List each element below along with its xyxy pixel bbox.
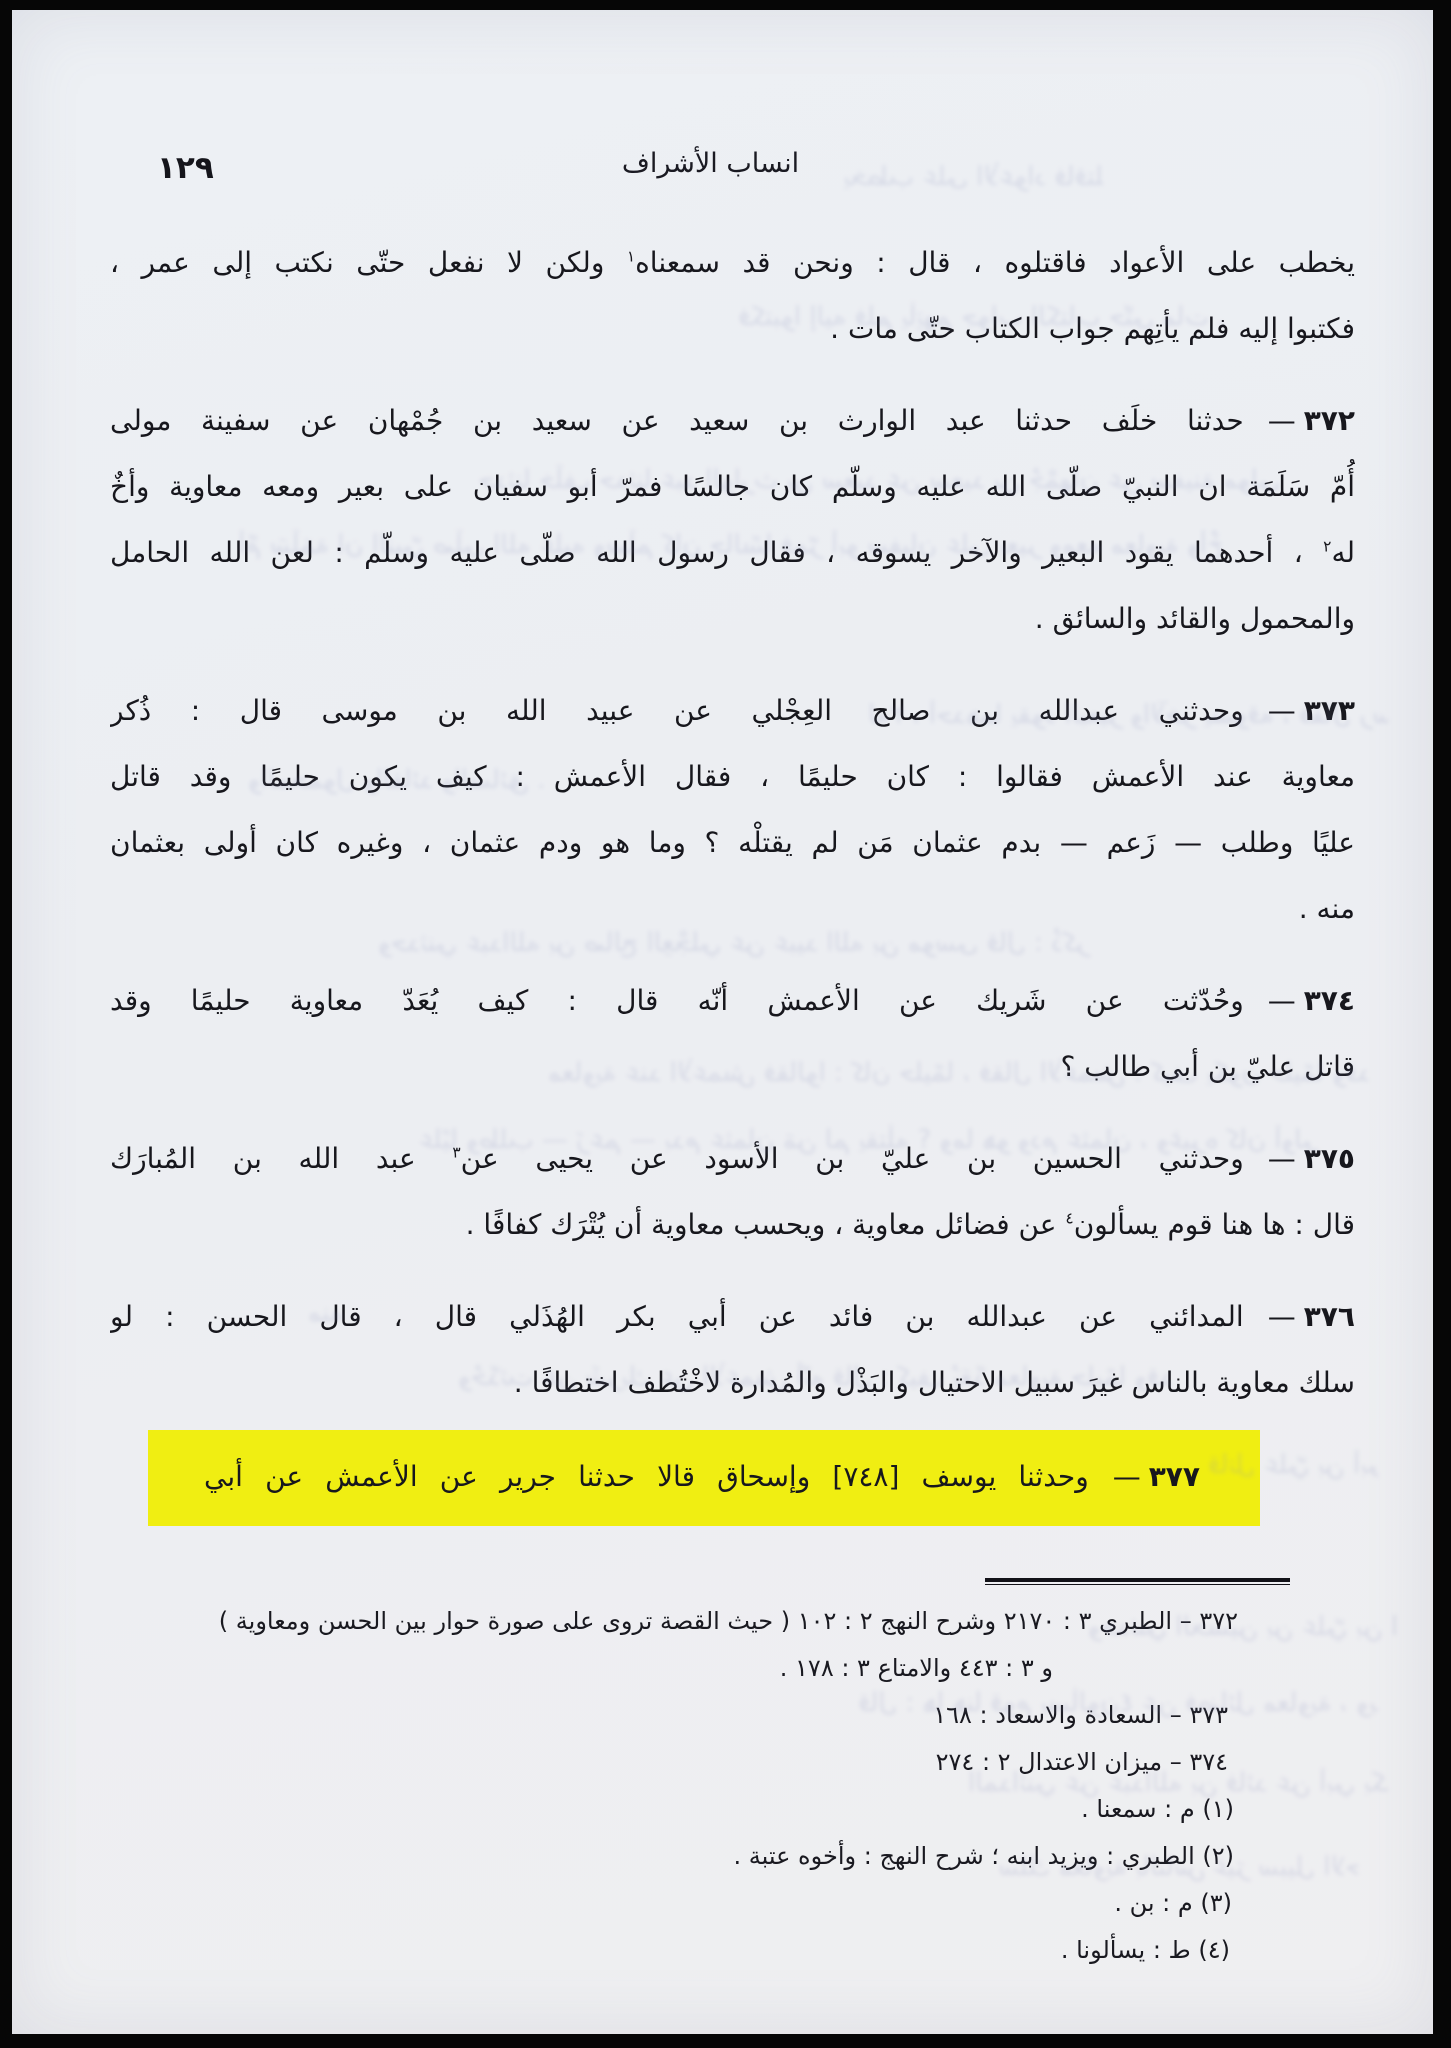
paragraph-٣٧٣: ٣٧٣—وحدثني عبدالله بن صالح العِجْلي عن ع… (110, 678, 1355, 942)
running-header: ١٢٩ انساب الأشراف (12, 148, 1433, 194)
body-text-segment: قال : ها هنا قوم يسألون (1074, 1208, 1355, 1241)
body-line: ٣٧٥—وحدثني الحسين بن عليّ بن الأسود عن ي… (110, 1126, 1355, 1192)
footnote-line: و ٣ : ٤٤٣ والامتاع ٣ : ١٧٨ . (132, 1645, 1053, 1692)
body-line: قاتل عليّ بن أبي طالب ؟ (110, 1034, 1355, 1100)
running-header-title: انساب الأشراف (622, 148, 799, 179)
body-text-segment: وحدثنا يوسف [٧٤٨] وإسحاق قالا حدثنا جرير… (204, 1460, 1089, 1493)
paragraph-٣٧٥: ٣٧٥—وحدثني الحسين بن عليّ بن الأسود عن ي… (110, 1126, 1355, 1258)
footnote-marker: ٣ (452, 1144, 460, 1162)
paragraph-continuation: يخطب على الأعواد فاقتلوه ، قال : ونحن قد… (110, 230, 1355, 362)
paragraph-dash: — (1268, 984, 1296, 1017)
paragraph-dash: — (1268, 694, 1296, 727)
body-text-segment: وحدثني الحسين بن عليّ بن الأسود عن يحيى … (461, 1142, 1244, 1175)
body-text-segment: منه . (1299, 892, 1355, 925)
body-text-segment: والمحمول والقائد والسائق . (1035, 602, 1355, 635)
paragraph-dash: — (1268, 1300, 1296, 1333)
body-text-segment: عن فضائل معاوية ، ويحسب معاوية أن يُتْرَ… (466, 1208, 1066, 1241)
scanned-book-page: { "page": { "number": "١٢٩", "running_ti… (0, 0, 1451, 2048)
body-line: ٣٧٢—حدثنا خلَف حدثنا عبد الوارث بن سعيد … (110, 388, 1355, 454)
body-text-segment: ولكن لا نفعل حتّى نكتب إلى عمر ، (110, 246, 627, 279)
footnote-marker: ١ (627, 248, 635, 266)
footnote-line: (٣) م : بن . (132, 1880, 1232, 1927)
body-line: ٣٧٣—وحدثني عبدالله بن صالح العِجْلي عن ع… (110, 678, 1355, 744)
body-line: أُمّ سَلَمَة ان النبيّ صلّى الله عليه وس… (110, 454, 1355, 520)
body-text-segment: يخطب على الأعواد فاقتلوه ، قال : ونحن قد… (635, 246, 1355, 279)
body-line: ٣٧٦—المدائني عن عبدالله بن فائد عن أبي ب… (110, 1284, 1355, 1350)
paragraph-dash: — (1268, 1142, 1296, 1175)
footnotes: ٣٧٢ – الطبري ٣ : ٢١٧٠ وشرح النهج ٢ : ١٠٢… (132, 1598, 1238, 1974)
body-line: قال : ها هنا قوم يسألون٤ عن فضائل معاوية… (110, 1192, 1355, 1258)
footnote-line: ٣٧٣ – السعادة والاسعاد : ١٦٨ (132, 1692, 1228, 1739)
body-line: ٣٧٤—وحُدّثت عن شَريك عن الأعمش أنّه قال … (110, 968, 1355, 1034)
paragraph-number: ٣٧٥ (1304, 1142, 1355, 1175)
footnote-line: (٤) ط : يسألونا . (132, 1927, 1230, 1974)
body-text-segment: له (1331, 536, 1355, 569)
footnote-separator (985, 1578, 1290, 1585)
paragraph-dash: — (1268, 404, 1296, 437)
body-text-segment: وحُدّثت عن شَريك عن الأعمش أنّه قال : كي… (110, 984, 1244, 1017)
paragraph-dash: — (1113, 1460, 1141, 1493)
paragraph-٣٧٢: ٣٧٢—حدثنا خلَف حدثنا عبد الوارث بن سعيد … (110, 388, 1355, 652)
paragraph-number: ٣٧٧ (1149, 1460, 1200, 1493)
body-text-segment: أُمّ سَلَمَة ان النبيّ صلّى الله عليه وس… (110, 470, 1355, 503)
body-line: ٣٧٧—وحدثنا يوسف [٧٤٨] وإسحاق قالا حدثنا … (204, 1444, 1200, 1510)
body-line: سلك معاوية بالناس غيرَ سبيل الاحتيال وال… (110, 1350, 1355, 1416)
paragraph-٣٧٧: ٣٧٧—وحدثنا يوسف [٧٤٨] وإسحاق قالا حدثنا … (148, 1430, 1260, 1526)
footnote-marker: ٤ (1065, 1210, 1073, 1228)
body-line: فكتبوا إليه فلم يأتِهم جواب الكتاب حتّى … (110, 296, 1355, 362)
body-line: معاوية عند الأعمش فقالوا : كان حليمًا ، … (110, 744, 1355, 810)
paragraph-number: ٣٧٢ (1304, 404, 1355, 437)
body-text-segment: عليًا وطلب — زَعم — بدم عثمان مَن لم يقت… (110, 826, 1355, 859)
body-line: والمحمول والقائد والسائق . (110, 586, 1355, 652)
paragraph-number: ٣٧٤ (1304, 984, 1355, 1017)
body-text-segment: معاوية عند الأعمش فقالوا : كان حليمًا ، … (110, 760, 1355, 793)
paper: ١٢٩ انساب الأشراف يخطب على الأعواد فاقتل… (12, 10, 1433, 2034)
footnote-line: ٣٧٢ – الطبري ٣ : ٢١٧٠ وشرح النهج ٢ : ١٠٢… (132, 1598, 1238, 1645)
body-text-segment: المدائني عن عبدالله بن فائد عن أبي بكر ا… (110, 1300, 1244, 1333)
page-number: ١٢٩ (157, 150, 214, 186)
body-text: يخطب على الأعواد فاقتلوه ، قال : ونحن قد… (110, 230, 1355, 1526)
paragraph-number: ٣٧٣ (1304, 694, 1355, 727)
body-text-segment: سلك معاوية بالناس غيرَ سبيل الاحتيال وال… (514, 1366, 1355, 1399)
body-line: يخطب على الأعواد فاقتلوه ، قال : ونحن قد… (110, 230, 1355, 296)
paragraph-٣٧٤: ٣٧٤—وحُدّثت عن شَريك عن الأعمش أنّه قال … (110, 968, 1355, 1100)
paragraph-number: ٣٧٦ (1304, 1300, 1355, 1333)
paragraph-٣٧٦: ٣٧٦—المدائني عن عبدالله بن فائد عن أبي ب… (110, 1284, 1355, 1416)
body-line: عليًا وطلب — زَعم — بدم عثمان مَن لم يقت… (110, 810, 1355, 876)
body-text-segment: وحدثني عبدالله بن صالح العِجْلي عن عبيد … (110, 694, 1244, 727)
footnote-line: ٣٧٤ – ميزان الاعتدال ٢ : ٢٧٤ (132, 1739, 1228, 1786)
footnote-line: (٢) الطبري : ويزيد ابنه ؛ شرح النهج : وأ… (132, 1833, 1234, 1880)
body-text-segment: حدثنا خلَف حدثنا عبد الوارث بن سعيد عن س… (110, 404, 1244, 437)
body-text-segment: قاتل عليّ بن أبي طالب ؟ (1061, 1050, 1355, 1083)
body-line: منه . (110, 876, 1355, 942)
body-text-segment: عبد الله بن المُبارَك (110, 1142, 452, 1175)
body-text-segment: ، أحدهما يقود البعير والآخر يسوقه ، فقال… (110, 536, 1323, 569)
body-line: له٢ ، أحدهما يقود البعير والآخر يسوقه ، … (110, 520, 1355, 586)
footnote-line: (١) م : سمعنا . (132, 1786, 1234, 1833)
body-text-segment: فكتبوا إليه فلم يأتِهم جواب الكتاب حتّى … (830, 312, 1355, 345)
